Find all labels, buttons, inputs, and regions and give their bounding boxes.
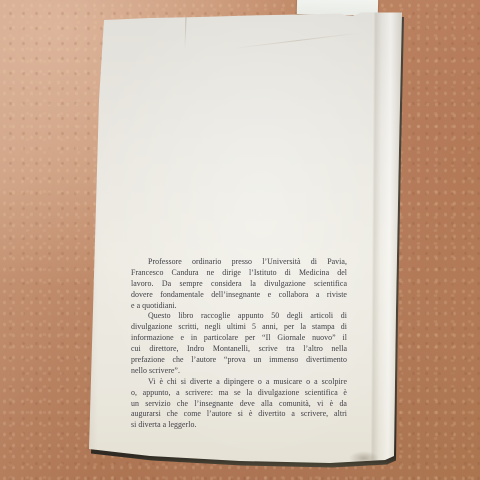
- cover-text-line: si diverta a leggerlo.: [131, 420, 347, 431]
- cover-text-line: un servizio che l’insegnante deve alla c…: [131, 399, 347, 410]
- cover-text-line: informazione e in particolare per “Il Gi…: [131, 333, 347, 344]
- paragraph: Professore ordinario presso l’Università…: [131, 257, 347, 311]
- cover-text-line: Professore ordinario presso l’Università…: [131, 257, 347, 268]
- cover-text-line: o, appunto, a scrivere: ma se la divulga…: [131, 388, 347, 399]
- cover-text-line: cui direttore, Indro Montanelli, scrive …: [131, 344, 347, 355]
- cover-text-line: lavoro. Da sempre considera la divulgazi…: [131, 279, 347, 290]
- photo-background: Professore ordinario presso l’Università…: [0, 0, 480, 480]
- cover-text-line: Questo libro raccoglie appunto 50 degli …: [131, 311, 347, 322]
- cover-crease: [184, 13, 186, 49]
- cover-text-line: e a quotidiani.: [131, 301, 347, 312]
- cover-text-line: Vi è chi si diverte a dipingere o a musi…: [131, 377, 347, 388]
- cover-text-block: Professore ordinario presso l’Università…: [131, 257, 347, 431]
- cover-text-line: augurarsi che come l’autore si è diverti…: [131, 409, 347, 420]
- cover-text-line: Francesco Candura ne dirige l’Istituto d…: [131, 268, 347, 279]
- jacket-fold: [370, 10, 401, 465]
- cover-crease: [233, 32, 362, 49]
- cover-text-line: divulgazione scritti, negli ultimi 5 ann…: [131, 322, 347, 333]
- cover-text-line: nello scrivere”.: [131, 366, 347, 377]
- paragraph: Vi è chi si diverte a dipingere o a musi…: [131, 377, 347, 431]
- cover-text-line: prefazione che l’autore “prova un immens…: [131, 355, 347, 366]
- paragraph: Questo libro raccoglie appunto 50 degli …: [131, 311, 347, 376]
- book-back-cover: Professore ordinario presso l’Università…: [85, 10, 405, 465]
- cover-text-line: dovere fondamentale dell’insegnante e co…: [131, 290, 347, 301]
